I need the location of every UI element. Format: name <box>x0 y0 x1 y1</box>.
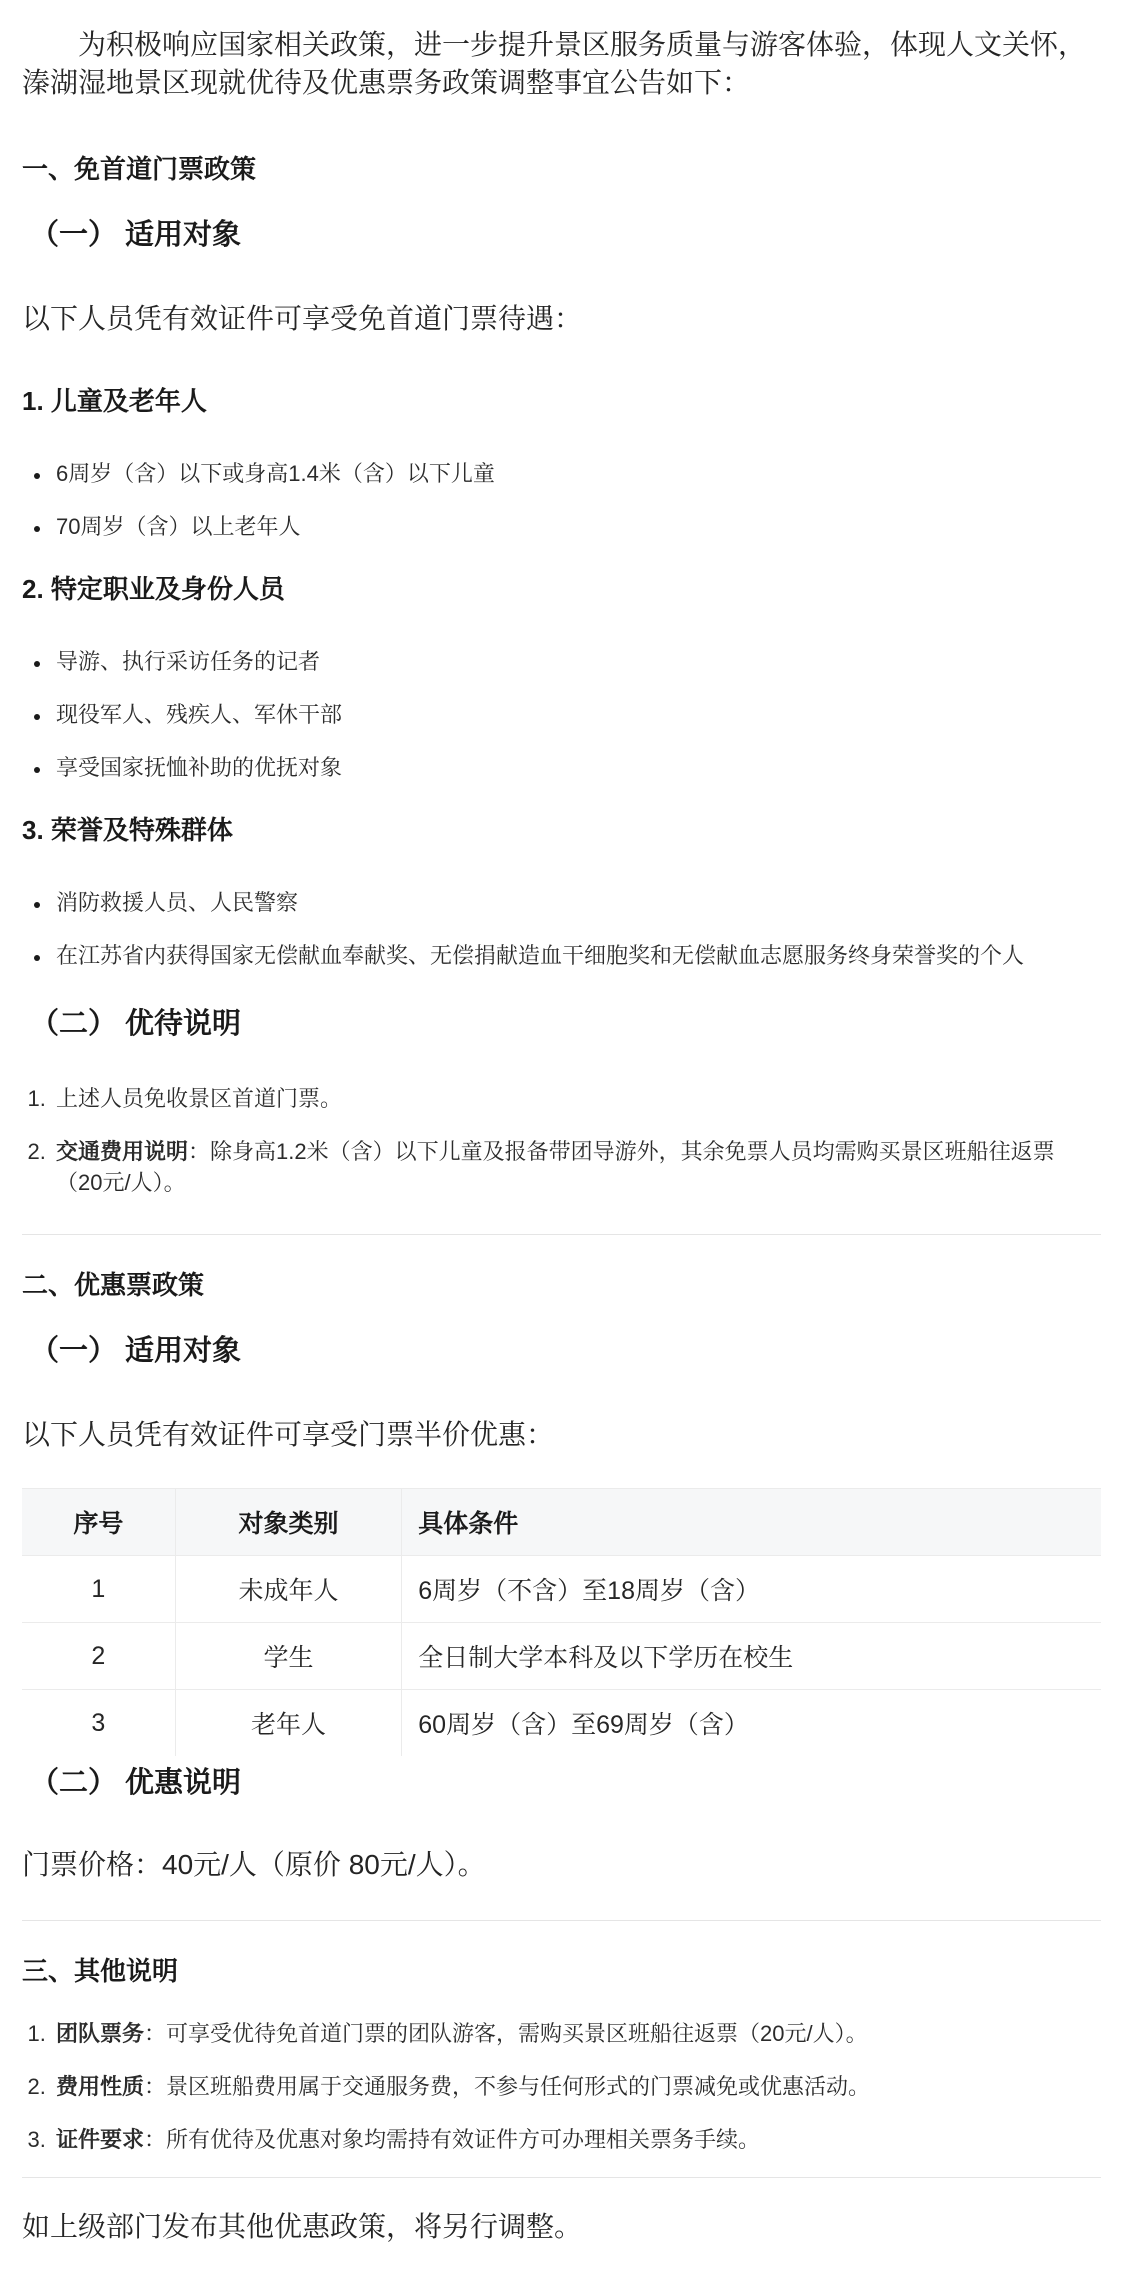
announcement-document: { "colors": { "text": "#242424", "headin… <box>0 0 1123 2296</box>
group3-bullet-list: 消防救援人员、人民警察 在江苏省内获得国家无偿献血奉献奖、无偿捐献造血干细胞奖和… <box>22 887 1101 971</box>
section2-sub1-intro: 以下人员凭有效证件可享受门票半价优惠： <box>22 1416 1101 1454</box>
note-bold-label: 团队票务 <box>56 2021 144 2046</box>
list-item: 团队票务：可享受优待免首道门票的团队游客，需购买景区班船往返票（20元/人）。 <box>52 2018 1101 2049</box>
section2-sub1-title: （一） 适用对象 <box>22 1332 1101 1370</box>
list-item: 导游、执行采访任务的记者 <box>52 646 1101 677</box>
group2-bullet-list: 导游、执行采访任务的记者 现役军人、残疾人、军休干部 享受国家抚恤补助的优抚对象 <box>22 646 1101 783</box>
section1-sub1-intro: 以下人员凭有效证件可享受免首道门票待遇： <box>22 300 1101 338</box>
discount-eligibility-table: 序号 对象类别 具体条件 1 未成年人 6周岁（不含）至18周岁（含） 2 学生… <box>22 1488 1101 1756</box>
list-item: 消防救援人员、人民警察 <box>52 887 1101 918</box>
table-header-row: 序号 对象类别 具体条件 <box>22 1489 1101 1556</box>
note-text: ：景区班船费用属于交通服务费，不参与任何形式的门票减免或优惠活动。 <box>144 2074 870 2099</box>
table-row: 2 学生 全日制大学本科及以下学历在校生 <box>22 1623 1101 1690</box>
note-bold-label: 证件要求 <box>56 2127 144 2152</box>
section1-title: 一、免首道门票政策 <box>22 152 1101 186</box>
note-bold-label: 费用性质 <box>56 2074 144 2099</box>
table-cell: 1 <box>22 1556 175 1623</box>
note-text: ：所有优待及优惠对象均需持有效证件方可办理相关票务手续。 <box>144 2127 760 2152</box>
group1-title: 1. 儿童及老年人 <box>22 384 1101 418</box>
group2-title: 2. 特定职业及身份人员 <box>22 572 1101 606</box>
table-cell: 老年人 <box>175 1690 402 1757</box>
table-cell: 2 <box>22 1623 175 1690</box>
section1-sub1-title: （一） 适用对象 <box>22 216 1101 254</box>
list-item: 证件要求：所有优待及优惠对象均需持有效证件方可办理相关票务手续。 <box>52 2124 1101 2155</box>
group3-title: 3. 荣誉及特殊群体 <box>22 813 1101 847</box>
price-paragraph: 门票价格：40元/人（原价 80元/人）。 <box>22 1846 1101 1884</box>
list-item: 享受国家抚恤补助的优抚对象 <box>52 752 1101 783</box>
divider <box>22 1234 1101 1235</box>
table-row: 1 未成年人 6周岁（不含）至18周岁（含） <box>22 1556 1101 1623</box>
table-cell: 全日制大学本科及以下学历在校生 <box>402 1623 1101 1690</box>
list-item: 费用性质：景区班船费用属于交通服务费，不参与任何形式的门票减免或优惠活动。 <box>52 2071 1101 2102</box>
group1-bullet-list: 6周岁（含）以下或身高1.4米（含）以下儿童 70周岁（含）以上老年人 <box>22 458 1101 542</box>
divider <box>22 1920 1101 1921</box>
section3-title: 三、其他说明 <box>22 1954 1101 1988</box>
list-item: 交通费用说明：除身高1.2米（含）以下儿童及报备带团导游外，其余免票人员均需购买… <box>52 1136 1101 1198</box>
table-header-cell: 对象类别 <box>175 1489 402 1556</box>
section1-notes-list: 上述人员免收景区首道门票。 交通费用说明：除身高1.2米（含）以下儿童及报备带团… <box>22 1083 1101 1198</box>
list-item: 在江苏省内获得国家无偿献血奉献奖、无偿捐献造血干细胞奖和无偿献血志愿服务终身荣誉… <box>52 940 1101 971</box>
note-bold-label: 交通费用说明 <box>56 1139 188 1164</box>
list-item: 6周岁（含）以下或身高1.4米（含）以下儿童 <box>52 458 1101 489</box>
section3-notes-list: 团队票务：可享受优待免首道门票的团队游客，需购买景区班船往返票（20元/人）。 … <box>22 2018 1101 2155</box>
table-cell: 6周岁（不含）至18周岁（含） <box>402 1556 1101 1623</box>
list-item: 现役军人、残疾人、军休干部 <box>52 699 1101 730</box>
section2-sub2-title: （二） 优惠说明 <box>22 1764 1101 1802</box>
section1-sub2-title: （二） 优待说明 <box>22 1005 1101 1043</box>
note-text: ：可享受优待免首道门票的团队游客，需购买景区班船往返票（20元/人）。 <box>144 2021 868 2046</box>
closing-paragraph: 如上级部门发布其他优惠政策，将另行调整。 <box>22 2208 1101 2246</box>
note-text: ：除身高1.2米（含）以下儿童及报备带团导游外，其余免票人员均需购买景区班船往返… <box>56 1139 1055 1195</box>
divider <box>22 2177 1101 2178</box>
table-row: 3 老年人 60周岁（含）至69周岁（含） <box>22 1690 1101 1757</box>
table-cell: 3 <box>22 1690 175 1757</box>
table-cell: 学生 <box>175 1623 402 1690</box>
table-cell: 未成年人 <box>175 1556 402 1623</box>
table-cell: 60周岁（含）至69周岁（含） <box>402 1690 1101 1757</box>
intro-paragraph: 为积极响应国家相关政策，进一步提升景区服务质量与游客体验，体现人文关怀，溱湖湿地… <box>22 26 1101 102</box>
list-item: 上述人员免收景区首道门票。 <box>52 1083 1101 1114</box>
list-item: 70周岁（含）以上老年人 <box>52 511 1101 542</box>
table-header-cell: 序号 <box>22 1489 175 1556</box>
section2-title: 二、优惠票政策 <box>22 1268 1101 1302</box>
note-text: 上述人员免收景区首道门票。 <box>56 1086 342 1111</box>
table-header-cell: 具体条件 <box>402 1489 1101 1556</box>
